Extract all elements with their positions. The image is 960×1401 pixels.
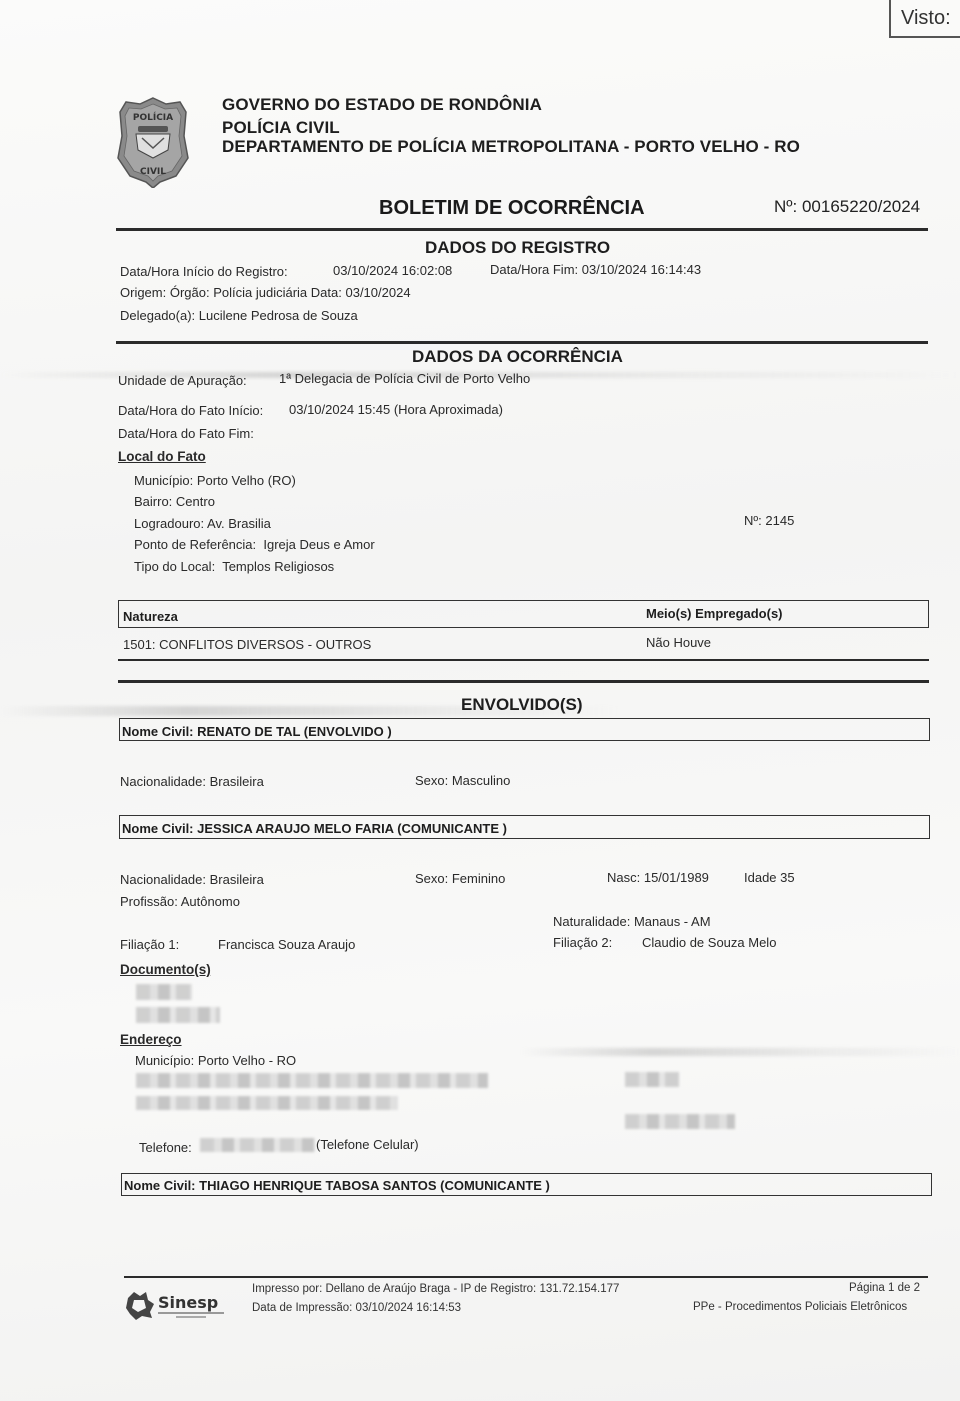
footer-pagina: Página 1 de 2 bbox=[849, 1282, 920, 1294]
sinesp-logo-icon: Sinesp bbox=[124, 1288, 234, 1322]
person-1-name: Nome Civil: RENATO DE TAL (ENVOLVIDO ) bbox=[122, 724, 392, 739]
footer-impresso-por: Impresso por: Dellano de Araújo Braga - … bbox=[252, 1283, 619, 1295]
visto-label: Visto: bbox=[901, 7, 951, 29]
document-number: Nº: 00165220/2024 bbox=[774, 197, 920, 217]
endereco-municipio-value: Porto Velho - RO bbox=[198, 1053, 296, 1068]
local-numero-label: Nº: bbox=[744, 513, 762, 528]
redacted-document-2 bbox=[136, 1007, 220, 1023]
natureza-value: 1501: CONFLITOS DIVERSOS - OUTROS bbox=[123, 637, 371, 652]
local-municipio-value: Porto Velho (RO) bbox=[197, 473, 296, 488]
section-title-envolvidos: ENVOLVIDO(S) bbox=[461, 695, 583, 715]
person-3-name: Nome Civil: THIAGO HENRIQUE TABOSA SANTO… bbox=[124, 1178, 550, 1193]
local-numero: Nº: 2145 bbox=[744, 513, 794, 528]
local-bairro: Bairro: Centro bbox=[134, 494, 215, 509]
policia-civil-badge-icon: POLÍCIA CIVIL bbox=[116, 96, 190, 188]
header-line-government: GOVERNO DO ESTADO DE RONDÔNIA bbox=[222, 95, 542, 115]
person-2-filiacao2-value: Claudio de Souza Melo bbox=[642, 935, 776, 950]
divider bbox=[118, 680, 929, 683]
footer-divider bbox=[124, 1276, 928, 1278]
endereco-heading: Endereço bbox=[120, 1032, 182, 1047]
registro-origem-label: Origem: Órgão: bbox=[120, 285, 210, 300]
local-tipo-value: Templos Religiosos bbox=[222, 559, 334, 574]
person-2-sexo: Sexo: Feminino bbox=[415, 871, 505, 886]
local-tipo-label: Tipo do Local: bbox=[134, 559, 215, 574]
person-2-naturalidade: Naturalidade: Manaus - AM bbox=[553, 914, 711, 929]
person-1-nacionalidade: Nacionalidade: Brasileira bbox=[120, 774, 264, 789]
endereco-municipio-label: Município: bbox=[135, 1053, 194, 1068]
divider bbox=[116, 341, 928, 344]
local-municipio: Município: Porto Velho (RO) bbox=[134, 473, 296, 488]
person-2-nacionalidade: Nacionalidade: Brasileira bbox=[120, 872, 264, 887]
redacted-address-complement bbox=[136, 1096, 398, 1110]
redacted-address-line bbox=[136, 1073, 488, 1088]
registro-inicio-label: Data/Hora Início do Registro: bbox=[120, 264, 288, 279]
document-number-value: 00165220/2024 bbox=[802, 197, 920, 216]
registro-origem-value: Polícia judiciária bbox=[213, 285, 307, 300]
paper-crease bbox=[520, 1048, 960, 1056]
meios-header: Meio(s) Empregado(s) bbox=[646, 606, 783, 621]
local-municipio-label: Município: bbox=[134, 473, 193, 488]
person-2-name: Nome Civil: JESSICA ARAUJO MELO FARIA (C… bbox=[122, 821, 507, 836]
meios-value: Não Houve bbox=[646, 635, 711, 650]
documentos-heading: Documento(s) bbox=[120, 962, 211, 977]
registro-inicio-value: 03/10/2024 16:02:08 bbox=[333, 263, 452, 278]
person-2-filiacao1-value: Francisca Souza Araujo bbox=[218, 937, 355, 952]
registro-fim-value: 03/10/2024 16:14:43 bbox=[582, 262, 701, 277]
local-logradouro-label: Logradouro: bbox=[134, 516, 204, 531]
header-line-policia: POLÍCIA CIVIL bbox=[222, 118, 340, 138]
local-logradouro-value: Av. Brasilia bbox=[207, 516, 271, 531]
redacted-document-1 bbox=[136, 984, 192, 1000]
footer-sistema: PPe - Procedimentos Policiais Eletrônico… bbox=[693, 1301, 907, 1313]
local-numero-value: 2145 bbox=[765, 513, 794, 528]
local-referencia-value: Igreja Deus e Amor bbox=[263, 537, 374, 552]
svg-text:POLÍCIA: POLÍCIA bbox=[133, 111, 173, 123]
registro-delegado: Delegado(a): Lucilene Pedrosa de Souza bbox=[120, 308, 358, 323]
registro-data-value: 03/10/2024 bbox=[345, 285, 410, 300]
local-bairro-value: Centro bbox=[176, 494, 215, 509]
local-referencia-label: Ponto de Referência: bbox=[134, 537, 256, 552]
fato-inicio-value: 03/10/2024 15:45 (Hora Aproximada) bbox=[289, 402, 503, 417]
fato-inicio-label: Data/Hora do Fato Início: bbox=[118, 403, 263, 418]
visto-box: Visto: bbox=[889, 0, 960, 38]
registro-fim: Data/Hora Fim: 03/10/2024 16:14:43 bbox=[490, 262, 701, 277]
unidade-label: Unidade de Apuração: bbox=[118, 373, 247, 388]
local-heading: Local do Fato bbox=[118, 449, 206, 464]
registro-fim-label: Data/Hora Fim: bbox=[490, 262, 578, 277]
local-referencia: Ponto de Referência: Igreja Deus e Amor bbox=[134, 537, 375, 552]
person-2-idade: Idade 35 bbox=[744, 870, 795, 885]
divider bbox=[118, 659, 929, 661]
local-tipo: Tipo do Local: Templos Religiosos bbox=[134, 559, 334, 574]
svg-text:CIVIL: CIVIL bbox=[140, 167, 166, 177]
header-line-department: DEPARTAMENTO DE POLÍCIA METROPOLITANA - … bbox=[222, 137, 800, 157]
telefone-label: Telefone: bbox=[139, 1140, 192, 1155]
natureza-header: Natureza bbox=[123, 609, 178, 624]
local-bairro-label: Bairro: bbox=[134, 494, 172, 509]
document-number-label: Nº: bbox=[774, 197, 797, 216]
redacted-address-bairro bbox=[625, 1114, 735, 1129]
endereco-municipio: Município: Porto Velho - RO bbox=[135, 1053, 296, 1068]
natureza-header-box bbox=[118, 600, 929, 628]
local-logradouro: Logradouro: Av. Brasilia bbox=[134, 516, 271, 531]
person-2-profissao: Profissão: Autônomo bbox=[120, 894, 240, 909]
person-2-filiacao2-label: Filiação 2: bbox=[553, 935, 612, 950]
person-1-sexo: Sexo: Masculino bbox=[415, 773, 510, 788]
telefone-type: (Telefone Celular) bbox=[316, 1137, 419, 1152]
registro-delegado-value: Lucilene Pedrosa de Souza bbox=[199, 308, 358, 323]
document-title: BOLETIM DE OCORRÊNCIA bbox=[379, 197, 645, 220]
footer-data-impressao: Data de Impressão: 03/10/2024 16:14:53 bbox=[252, 1302, 461, 1314]
unidade-value: 1ª Delegacia de Polícia Civil de Porto V… bbox=[279, 371, 530, 386]
document-page: Visto: POLÍCIA CIVIL GOVERNO DO ESTADO D… bbox=[0, 0, 960, 1401]
section-title-ocorrencia: DADOS DA OCORRÊNCIA bbox=[412, 347, 623, 367]
divider bbox=[116, 228, 928, 231]
person-2-filiacao1-label: Filiação 1: bbox=[120, 937, 179, 952]
svg-text:Sinesp: Sinesp bbox=[158, 1293, 218, 1312]
redacted-telefone bbox=[200, 1138, 315, 1152]
registro-delegado-label: Delegado(a): bbox=[120, 308, 195, 323]
registro-data-label: Data: bbox=[311, 285, 342, 300]
registro-origem: Origem: Órgão: Polícia judiciária Data: … bbox=[120, 285, 411, 300]
redacted-address-number bbox=[625, 1072, 679, 1087]
person-2-nasc: Nasc: 15/01/1989 bbox=[607, 870, 709, 885]
fato-fim-label: Data/Hora do Fato Fim: bbox=[118, 426, 254, 441]
section-title-registro: DADOS DO REGISTRO bbox=[425, 238, 610, 258]
